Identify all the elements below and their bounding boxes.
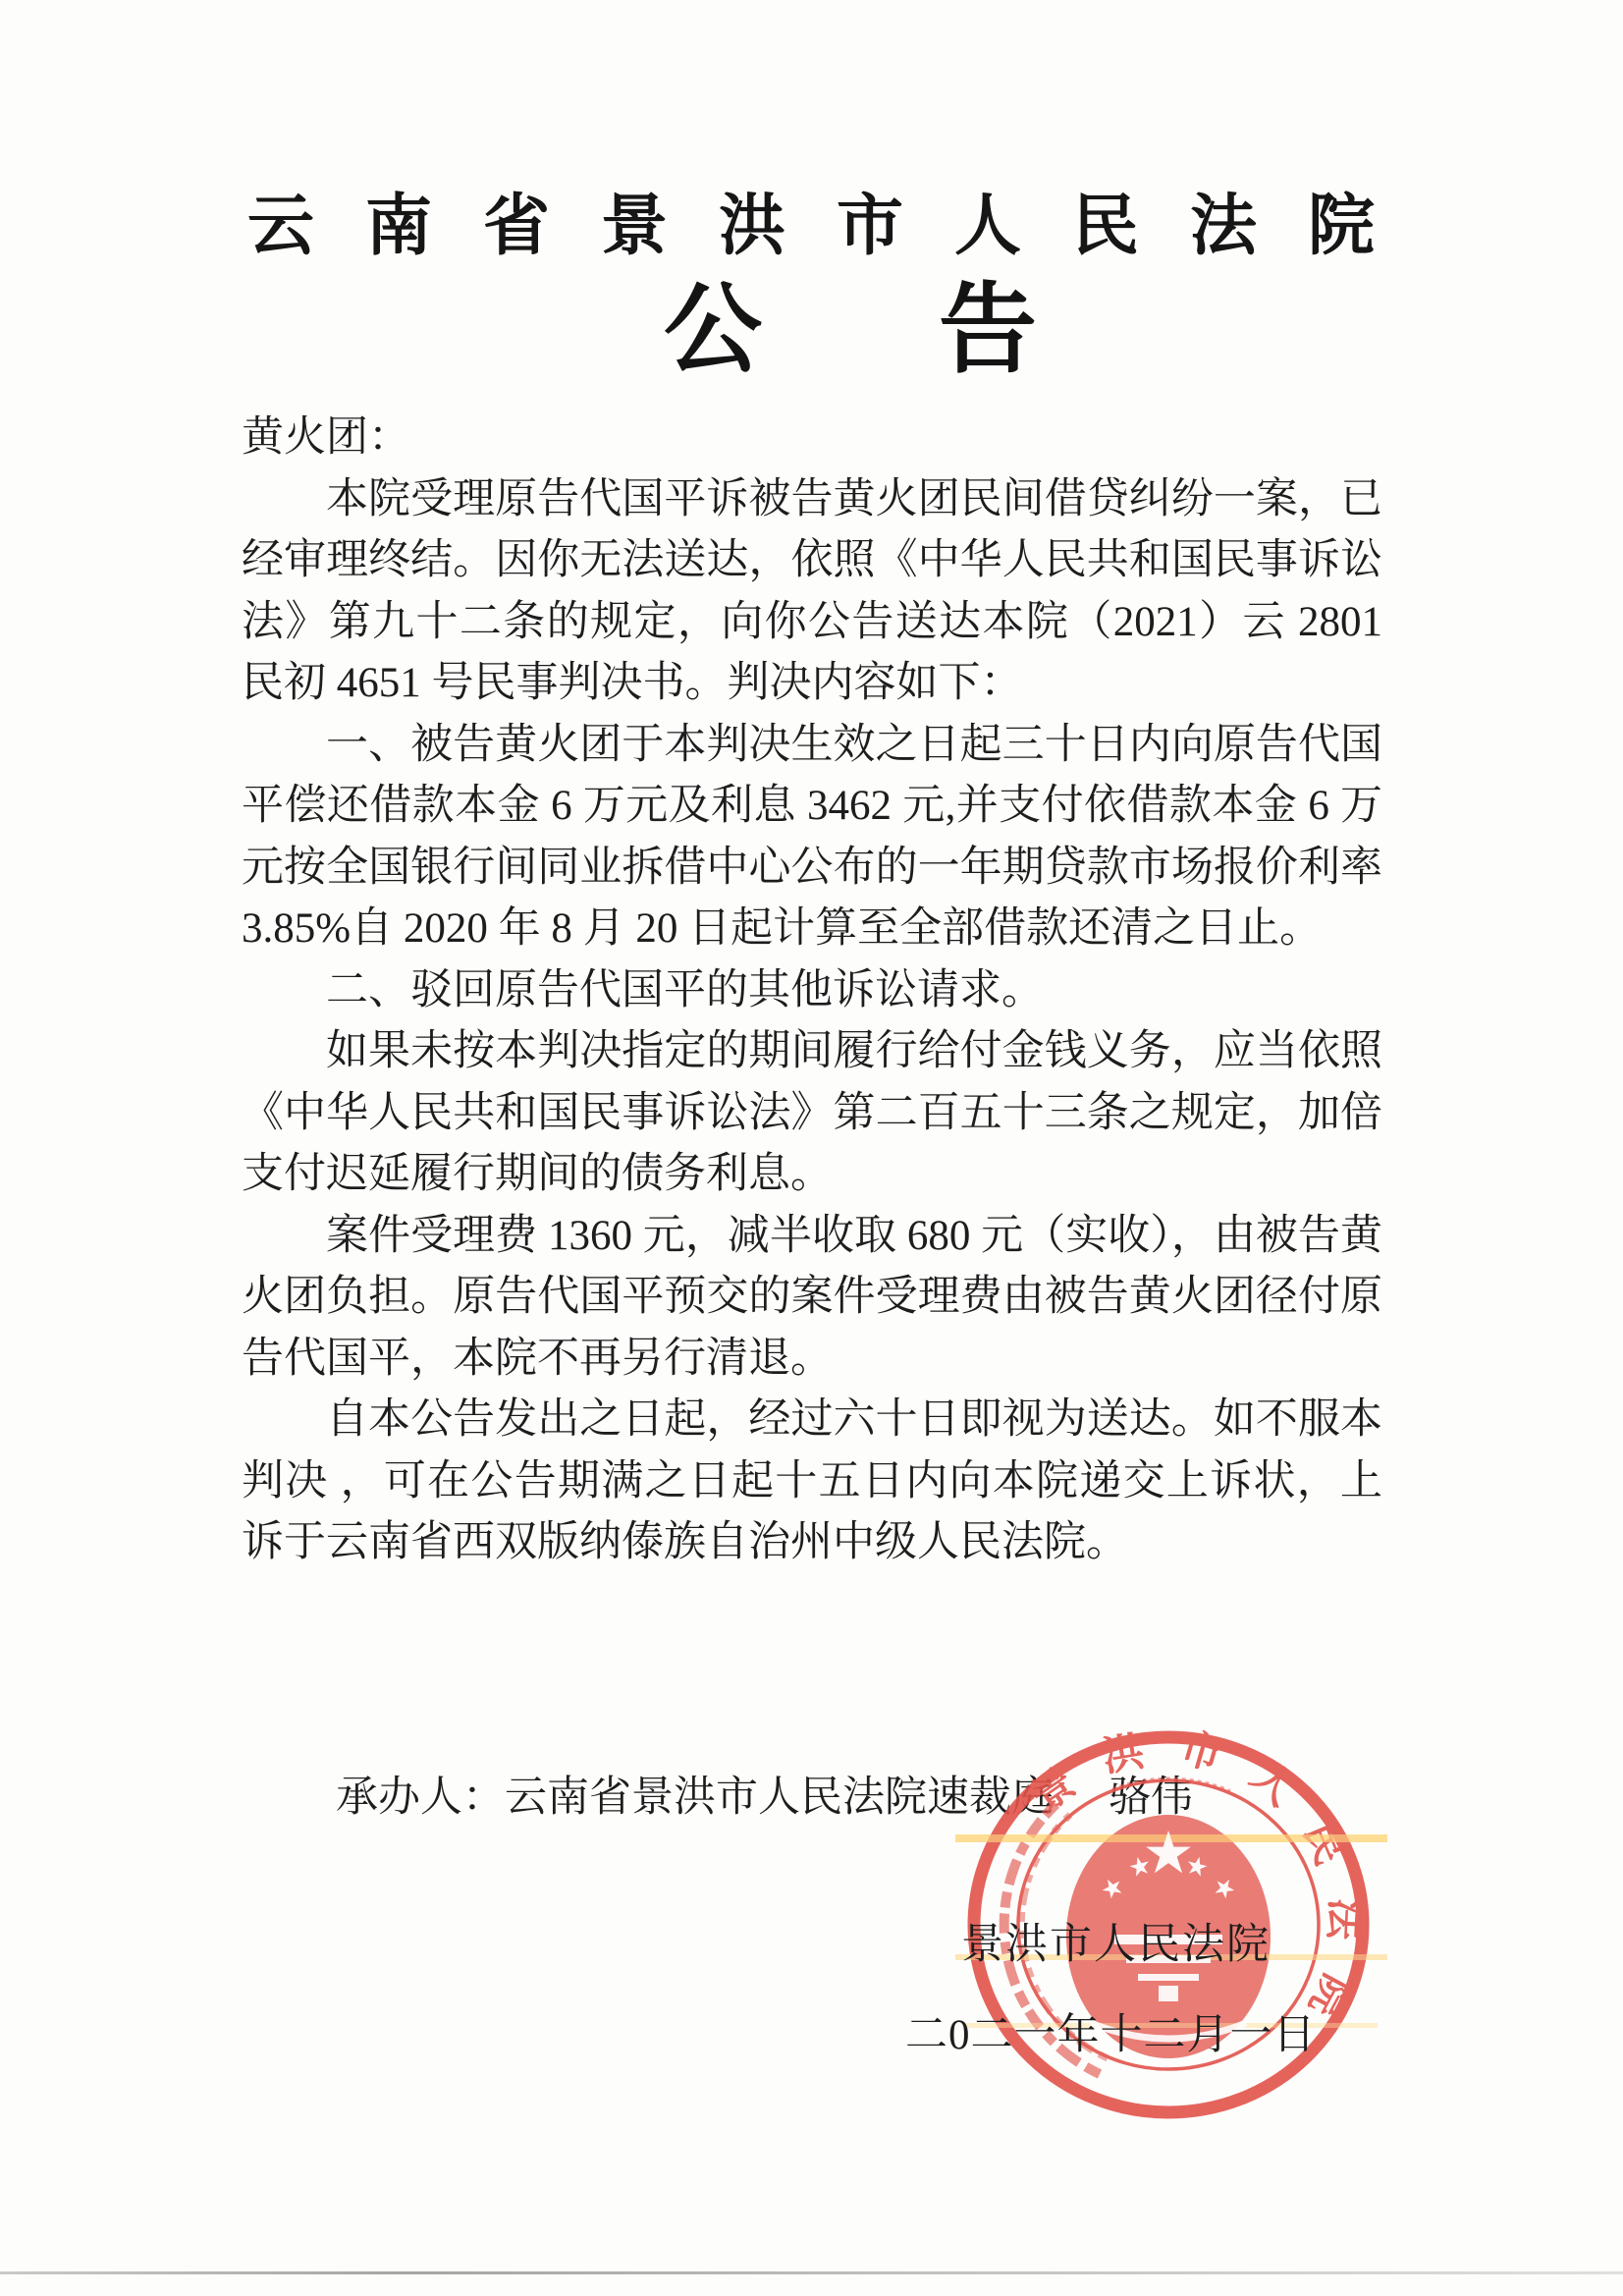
body-paragraphs: 本院受理原告代国平诉被告黄火团民间借贷纠纷一案，已经审理终结。因你无法送达，依照… <box>242 469 1382 1574</box>
addressee: 黄火团： <box>242 408 1382 469</box>
court-name-heading: 云南省景洪市人民法院 <box>247 192 1426 259</box>
paragraph: 本院受理原告代国平诉被告黄火团民间借贷纠纷一案，已经审理终结。因你无法送达，依照… <box>242 469 1382 715</box>
paragraph: 二、驳回原告代国平的其他诉讼请求。 <box>242 960 1382 1022</box>
paragraph: 如果未按本判决指定的期间履行给付金钱义务，应当依照《中华人民共和国民事诉讼法》第… <box>242 1021 1382 1206</box>
scan-edge-artifact <box>0 2271 1623 2274</box>
signature-date: 二0二一年十二月一日 <box>905 2001 1317 2061</box>
scanned-court-notice-page: 云南省景洪市人民法院 公 告 黄火团： 本院受理原告代国平诉被告黄火团民间借贷纠… <box>0 0 1623 2296</box>
paragraph: 自本公告发出之日起，经过六十日即视为送达。如不服本判决 ，可在公告期满之日起十五… <box>242 1390 1382 1574</box>
signature-court-name: 景洪市人民法院 <box>961 1911 1271 1971</box>
notice-title: 公 告 <box>664 279 1076 382</box>
handler-label: 承办人： <box>336 1775 505 1821</box>
paragraph: 案件受理费 1360 元，减半收取 680 元（实收），由被告黄火团负担。原告代… <box>242 1206 1382 1391</box>
paragraph: 一、被告黄火团于本判决生效之日起三十日内向原告代国平偿还借款本金 6 万元及利息… <box>242 715 1382 960</box>
notice-body: 黄火团： 本院受理原告代国平诉被告黄火团民间借贷纠纷一案，已经审理终结。因你无法… <box>242 408 1382 1574</box>
